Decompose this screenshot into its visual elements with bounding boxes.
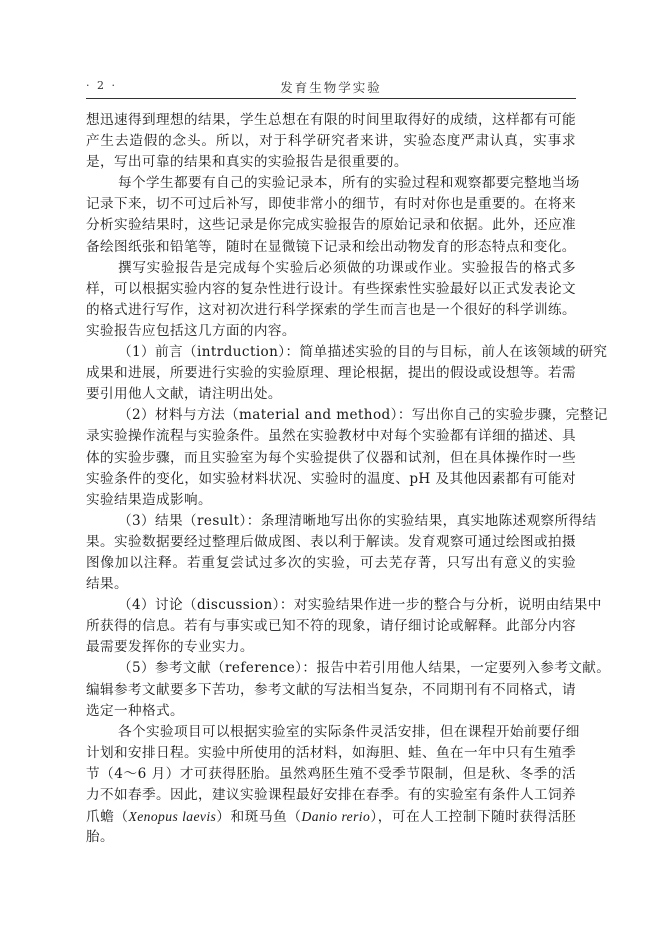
text-line: 选定一种格式。 [86,701,576,722]
text-line: 所获得的信息。若有与事实或已知不符的现象，请仔细讨论或解释。此部分内容 [86,616,576,637]
text-line: 各个实验项目可以根据实验室的实际条件灵活安排，但在课程开始前要仔细 [86,722,576,743]
text-line: 计划和安排日程。实验中所使用的活材料，如海胆、蛙、鱼在一年中只有生殖季 [86,743,576,764]
page-header: · 2 · 发育生物学实验 [86,76,576,99]
text-line: （5）参考文献（reference）：报告中若引用他人结果，一定要列入参考文献。 [86,658,576,679]
text-line: 胎。 [86,827,576,848]
text-line: 是，写出可靠的结果和真实的实验报告是很重要的。 [86,152,576,173]
text-line: 想迅速得到理想的结果，学生总想在有限的时间里取得好的成绩，这样都有可能 [86,110,576,131]
text-line: 录实验操作流程与实验条件。虽然在实验教材中对每个实验都有详细的描述、具 [86,426,576,447]
text-line: 节（4～6 月）才可获得胚胎。虽然鸡胚生殖不受季节限制，但是秋、冬季的活 [86,764,576,785]
text-line: 的格式进行写作，这对初次进行科学探索的学生而言也是一个很好的科学训练。 [86,300,576,321]
text-line: 成果和进展，所要进行实验的实验原理、理论根据，提出的假设或设想等。若需 [86,363,576,384]
species-name: Xenopus laevis [129,809,217,824]
text-line: 备绘图纸张和铅笔等，随时在显微镜下记录和绘出动物发育的形态特点和变化。 [86,237,576,258]
text-line: 编辑参考文献要多下苦功，参考文献的写法相当复杂，不同期刊有不同格式，请 [86,680,576,701]
text-line: 最需要发挥你的专业实力。 [86,637,576,658]
text-line: 分析实验结果时，这些记录是你完成实验报告的原始记录和依据。此外，还应准 [86,215,576,236]
text-line: 力不如春季。因此，建议实验课程最好安排在春季。有的实验室有条件人工饲养 [86,785,576,806]
species-name: Danio rerio [302,809,371,824]
text-line: （2）材料与方法（material and method）：写出你自己的实验步骤… [86,405,576,426]
text-line: 体的实验步骤，而且实验室为每个实验提供了仪器和试剂，但在具体操作时一些 [86,448,576,469]
text-line: 爪蟾（Xenopus laevis）和斑马鱼（Danio rerio），可在人工… [86,806,576,827]
text-line: （1）前言（intrduction）：简单描述实验的目的与目标，前人在该领域的研… [86,342,576,363]
text-line: （4）讨论（discussion）：对实验结果作进一步的整合与分析，说明由结果中 [86,595,576,616]
text-line: 每个学生都要有自己的实验记录本，所有的实验过程和观察都要完整地当场 [86,173,576,194]
text-line: （3）结果（result）：条理清晰地写出你的实验结果，真实地陈述观察所得结 [86,511,576,532]
text-line: 要引用他人文献，请注明出处。 [86,384,576,405]
body-text: 想迅速得到理想的结果，学生总想在有限的时间里取得好的成绩，这样都有可能产生去造假… [86,110,576,848]
text-line: 实验结果造成影响。 [86,490,576,511]
text-line: 样，可以根据实验内容的复杂性进行设计。有些探索性实验最好以正式发表论文 [86,279,576,300]
text-line: 实验条件的变化，如实验材料状况、实验时的温度、pH 及其他因素都有可能对 [86,469,576,490]
text-line: 图像加以注释。若重复尝试过多次的实验，可去芜存菁，只写出有意义的实验 [86,553,576,574]
text-line: 撰写实验报告是完成每个实验后必须做的功课或作业。实验报告的格式多 [86,258,576,279]
text-line: 记录下来，切不可过后补写，即使非常小的细节，有时对你也是重要的。在将来 [86,194,576,215]
running-title: 发育生物学实验 [86,78,576,96]
text-line: 结果。 [86,574,576,595]
text-line: 实验报告应包括这几方面的内容。 [86,321,576,342]
text-line: 果。实验数据要经过整理后做成图、表以利于解读。发育观察可通过绘图或拍摄 [86,532,576,553]
document-page: · 2 · 发育生物学实验 想迅速得到理想的结果，学生总想在有限的时间里取得好的… [86,76,576,848]
text-line: 产生去造假的念头。所以，对于科学研究者来讲，实验态度严肃认真，实事求 [86,131,576,152]
